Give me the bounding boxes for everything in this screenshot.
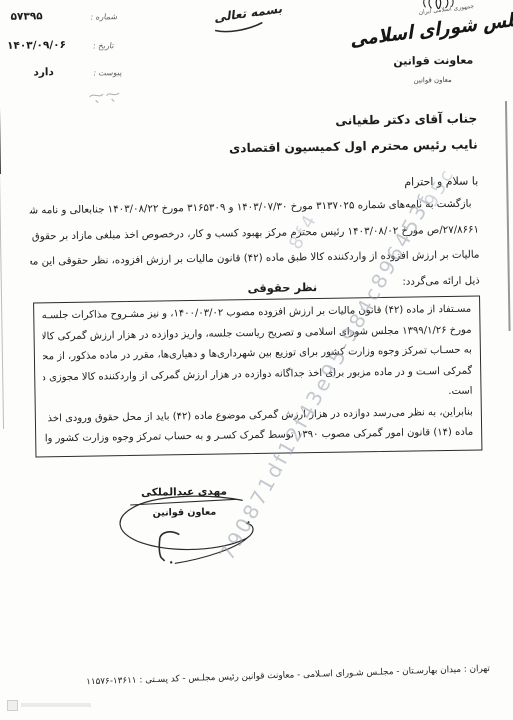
scan-left-edge-faint bbox=[0, 174, 4, 429]
scan-left-edge-line bbox=[0, 52, 1, 174]
department-subtitle: معاون قوانین bbox=[401, 76, 465, 85]
meta-number-value: ۵۷۳۹۵ bbox=[10, 10, 62, 23]
legal-opinion-box: مسـتفاد از ماده (۴۲) قانون مالیات بر ارز… bbox=[33, 295, 482, 457]
salutation: با سلام و احترام bbox=[29, 174, 478, 194]
footer-address: تهران : میدان بهارسـتان - مجلـس شـورای ا… bbox=[95, 664, 490, 687]
bismillah-swash bbox=[214, 21, 264, 34]
meta-number-label: شماره : bbox=[90, 12, 118, 21]
scanned-letter-page: شماره : ۵۷۳۹۵ تاریخ : ۱۴۰۳/۰۹/۰۶ پیوست :… bbox=[0, 0, 513, 720]
meta-date-value: ۱۴۰۳/۰۹/۰۶ bbox=[7, 39, 71, 52]
meta-attachment-value: دارد bbox=[33, 66, 65, 79]
meta-date-label: تاریخ : bbox=[92, 41, 114, 50]
corner-logo-text bbox=[21, 703, 91, 707]
scan-right-edge-line bbox=[505, 101, 510, 331]
meta-attachment-label: پیوست : bbox=[93, 68, 123, 77]
corner-logo-icon bbox=[7, 700, 18, 711]
handwritten-scribble bbox=[84, 86, 126, 105]
document-content: شماره : ۵۷۳۹۵ تاریخ : ۱۴۰۳/۰۹/۰۶ پیوست :… bbox=[0, 0, 513, 720]
signature-stroke bbox=[107, 490, 273, 583]
department-title: معاونت قوانین bbox=[388, 53, 478, 67]
